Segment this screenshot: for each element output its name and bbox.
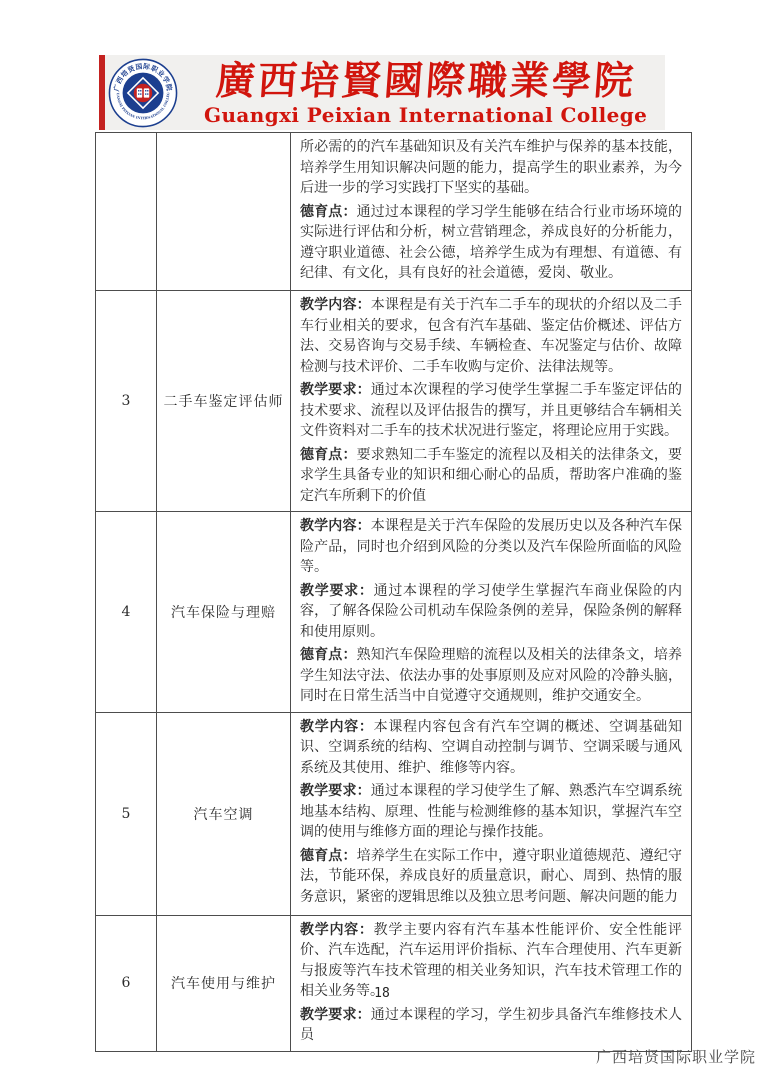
paragraph-label: 德育点： [300,204,357,220]
college-name-english: Guangxi Peixian International College [204,104,647,126]
course-description: 教学内容：本课程是有关于汽车二手车的现状的介绍以及二手车行业相关的要求，包含有汽… [291,291,692,512]
page-number: 18 [0,986,764,1001]
paragraph-label: 教学要求： [300,583,374,599]
row-number: 6 [96,915,157,1051]
description-paragraph: 德育点：熟知汽车保险理赔的流程以及相关的法律条文，培养学生知法守法、依法办事的处… [300,645,682,707]
college-logo-icon: 广西培贤国际职业学院 GUANGXI PEIXIAN INTERNATIONAL… [108,58,178,128]
description-paragraph: 德育点：要求熟知二手车鉴定的流程以及相关的法律条文，要求学生具备专业的知识和细心… [300,445,682,507]
course-name: 汽车空调 [157,712,291,915]
description-paragraph: 所必需的的汽车基础知识及有关汽车维护与保养的基本技能，培养学生用知识解决问题的能… [300,137,682,199]
table-row: 4汽车保险与理赔教学内容：本课程是关于汽车保险的发展历史以及各种汽车保险产品，同… [96,512,692,713]
description-paragraph: 教学要求：通过本课程的学习使学生掌握汽车商业保险的内容，了解各保险公司机动车保险… [300,581,682,643]
row-number: 3 [96,291,157,512]
table-row: 3二手车鉴定评估师教学内容：本课程是有关于汽车二手车的现状的介绍以及二手车行业相… [96,291,692,512]
paragraph-label: 教学要求： [300,1007,371,1023]
paragraph-text: 通过过本课程的学习学生能够在结合行业市场环境的实际进行评估和分析，树立营销理念，… [300,204,682,282]
course-name: 汽车使用与维护 [157,915,291,1051]
paragraph-text: 要求熟知二手车鉴定的流程以及相关的法律条文，要求学生具备专业的知识和细心耐心的品… [300,447,682,504]
course-name: 二手车鉴定评估师 [157,291,291,512]
row-number: 5 [96,712,157,915]
paragraph-text: 所必需的的汽车基础知识及有关汽车维护与保养的基本技能，培养学生用知识解决问题的能… [300,139,682,196]
paragraph-label: 教学要求： [300,783,371,799]
paragraph-text: 熟知汽车保险理赔的流程以及相关的法律条文，培养学生知法守法、依法办事的处事原则及… [300,647,682,704]
description-paragraph: 德育点：培养学生在实际工作中，遵守职业道德规范、遵纪守法，节能环保，养成良好的质… [300,846,682,908]
table-row: 5汽车空调教学内容：本课程内容包含有汽车空调的概述、空调基础知识、空调系统的结构… [96,712,692,915]
row-number [96,133,157,291]
table-row: 6汽车使用与维护教学内容：教学主要内容有汽车基本性能评价、安全性能评价、汽车选配… [96,915,692,1051]
paragraph-label: 教学内容： [300,297,371,313]
college-header: 广西培贤国际职业学院 GUANGXI PEIXIAN INTERNATIONAL… [99,55,665,130]
banner-left-accent [99,55,105,130]
course-table-body: 所必需的的汽车基础知识及有关汽车维护与保养的基本技能，培养学生用知识解决问题的能… [96,133,692,1052]
college-name-chinese: 廣西培賢國際職業學院 [214,59,637,103]
description-paragraph: 教学内容：本课程是有关于汽车二手车的现状的介绍以及二手车行业相关的要求，包含有汽… [300,295,682,377]
course-description: 教学内容：本课程是关于汽车保险的发展历史以及各种汽车保险产品，同时也介绍到风险的… [291,512,692,713]
description-paragraph: 德育点：通过过本课程的学习学生能够在结合行业市场环境的实际进行评估和分析，树立营… [300,202,682,284]
row-number: 4 [96,512,157,713]
paragraph-label: 德育点： [300,848,357,864]
course-name [157,133,291,291]
description-paragraph: 教学内容：本课程是关于汽车保险的发展历史以及各种汽车保险产品，同时也介绍到风险的… [300,516,682,578]
course-description: 教学内容：本课程内容包含有汽车空调的概述、空调基础知识、空调系统的结构、空调自动… [291,712,692,915]
description-paragraph: 教学要求：通过本课程的学习，学生初步具备汽车维修技术人员 [300,1005,682,1046]
course-table: 所必需的的汽车基础知识及有关汽车维护与保养的基本技能，培养学生用知识解决问题的能… [95,132,692,1052]
footer-watermark: 广西培贤国际职业学院 [596,1046,756,1067]
paragraph-label: 教学要求： [300,382,371,398]
description-paragraph: 教学要求：通过本课程的学习使学生了解、熟悉汽车空调系统地基本结构、原理、性能与检… [300,781,682,843]
course-name: 汽车保险与理赔 [157,512,291,713]
college-titles: 廣西培賢國際職業學院 Guangxi Peixian International… [204,59,647,126]
course-description: 教学内容：教学主要内容有汽车基本性能评价、安全性能评价、汽车选配，汽车运用评价指… [291,915,692,1051]
paragraph-label: 德育点： [300,447,357,463]
description-paragraph: 教学内容：本课程内容包含有汽车空调的概述、空调基础知识、空调系统的结构、空调自动… [300,717,682,779]
table-row: 所必需的的汽车基础知识及有关汽车维护与保养的基本技能，培养学生用知识解决问题的能… [96,133,692,291]
paragraph-label: 教学内容： [300,518,371,534]
paragraph-text: 培养学生在实际工作中，遵守职业道德规范、遵纪守法，节能环保，养成良好的质量意识，… [300,848,682,905]
description-paragraph: 教学要求：通过本次课程的学习使学生掌握二手车鉴定评估的技术要求、流程以及评估报告… [300,380,682,442]
paragraph-label: 德育点： [300,647,357,663]
paragraph-label: 教学内容： [300,719,374,735]
course-description: 所必需的的汽车基础知识及有关汽车维护与保养的基本技能，培养学生用知识解决问题的能… [291,133,692,291]
paragraph-label: 教学内容： [300,922,374,938]
